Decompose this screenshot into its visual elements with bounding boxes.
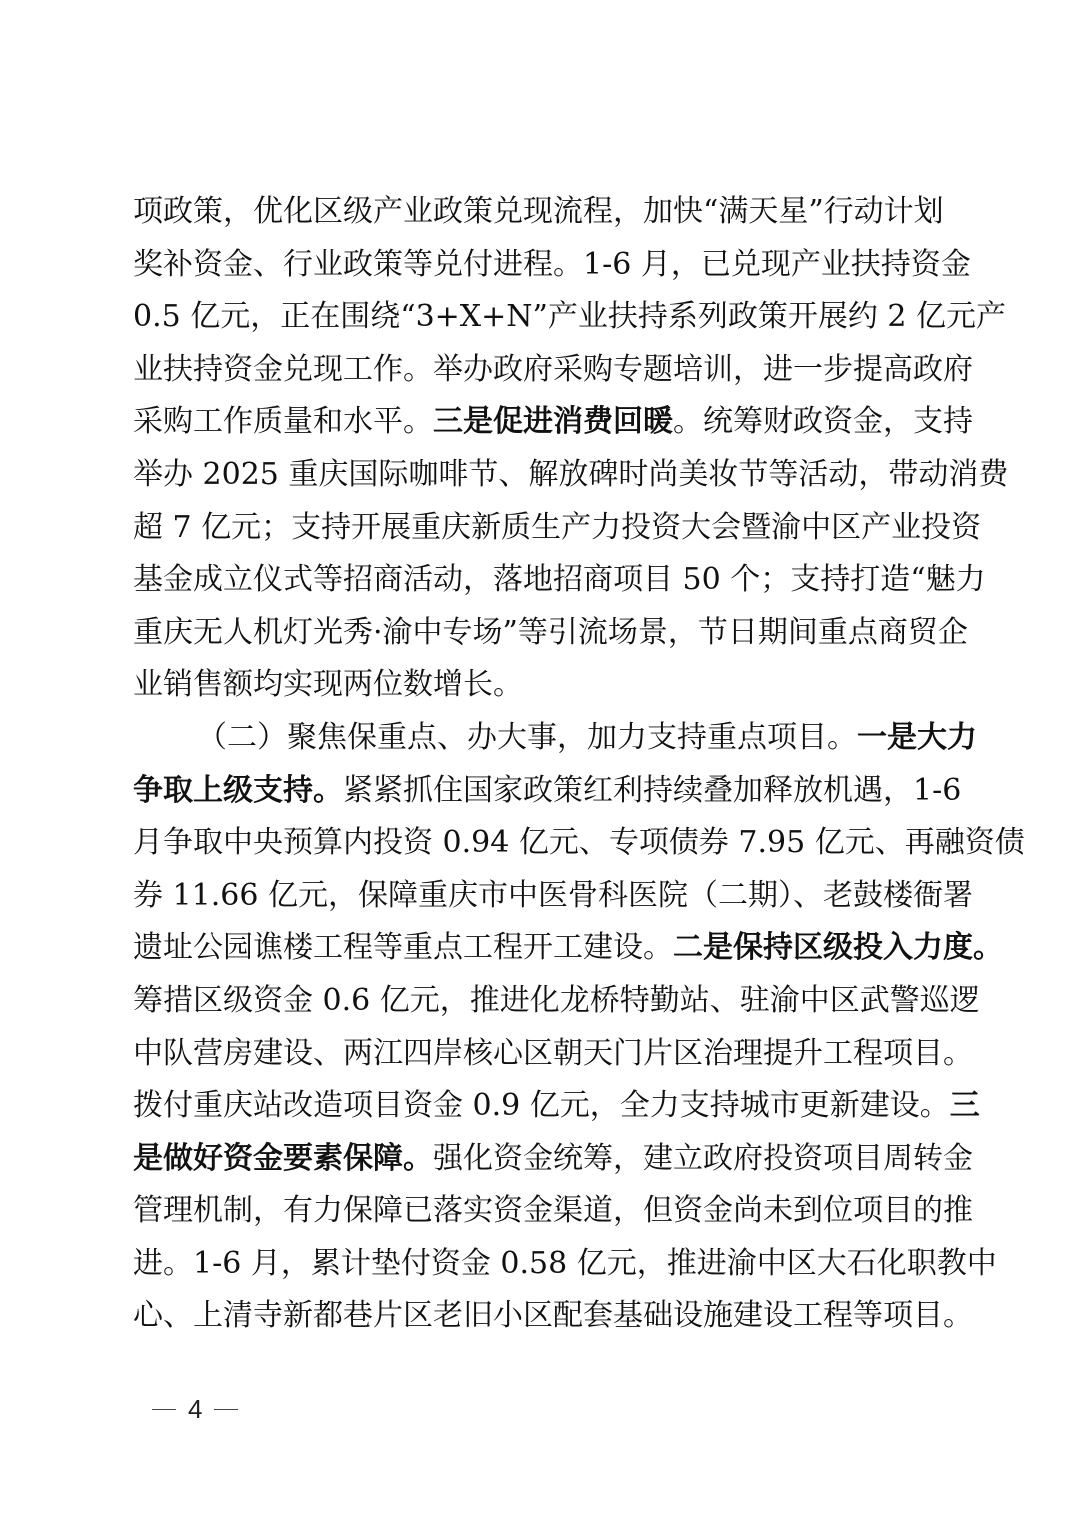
text-line: 券 11.66 亿元，保障重庆市中医骨科医院（二期）、老鼓楼衙署 [133, 870, 943, 923]
body-text-segment: 月争取中央预算内投资 0.94 亿元、专项债券 7.95 亿元、再融资债 [133, 825, 1025, 860]
text-line: 月争取中央预算内投资 0.94 亿元、专项债券 7.95 亿元、再融资债 [133, 817, 943, 870]
body-text-segment: 采购工作质量和水平。 [133, 404, 433, 439]
body-text-segment: 重庆无人机灯光秀·渝中专场”等引流场景，节日期间重点商贸企 [133, 615, 968, 650]
document-body: 项政策，优化区级产业政策兑现流程，加快“满天星”行动计划奖补资金、行业政策等兑付… [133, 186, 943, 1343]
body-text-segment: 奖补资金、行业政策等兑付进程。1-6 月，已兑现产业扶持资金 [133, 247, 971, 282]
body-text-segment: 业扶持资金兑现工作。举办政府采购专题培训，进一步提高政府 [133, 352, 973, 387]
text-line: 遗址公园谯楼工程等重点工程开工建设。二是保持区级投入力度。 [133, 922, 943, 975]
body-text-segment: 券 11.66 亿元，保障重庆市中医骨科医院（二期）、老鼓楼衙署 [133, 878, 973, 913]
text-line: 基金成立仪式等招商活动，落地招商项目 50 个；支持打造“魅力 [133, 554, 943, 607]
text-line: 进。1-6 月，累计垫付资金 0.58 亿元，推进渝中区大石化职教中 [133, 1238, 943, 1291]
page-number: 4 [188, 1394, 202, 1425]
page-footer: 4 [152, 1394, 238, 1425]
footer-dash-left [152, 1409, 176, 1411]
text-line: 管理机制，有力保障已落实资金渠道，但资金尚未到位项目的推 [133, 1185, 943, 1238]
body-text-segment: 业销售额均实现两位数增长。 [133, 667, 523, 702]
text-line: 拨付重庆站改造项目资金 0.9 亿元，全力支持城市更新建设。三 [133, 1080, 943, 1133]
text-line: （二）聚焦保重点、办大事，加力支持重点项目。一是大力 [133, 712, 943, 765]
body-text-segment: 筹措区级资金 0.6 亿元，推进化龙桥特勤站、驻渝中区武警巡逻 [133, 983, 980, 1018]
body-text-segment: 举办 2025 重庆国际咖啡节、解放碑时尚美妆节等活动，带动消费 [133, 457, 1008, 492]
document-page: 项政策，优化区级产业政策兑现流程，加快“满天星”行动计划奖补资金、行业政策等兑付… [0, 0, 1074, 1520]
text-line: 业扶持资金兑现工作。举办政府采购专题培训，进一步提高政府 [133, 344, 943, 397]
body-text-segment: 基金成立仪式等招商活动，落地招商项目 50 个；支持打造“魅力 [133, 562, 986, 597]
body-text-segment: 项政策，优化区级产业政策兑现流程，加快“满天星”行动计划 [133, 194, 944, 229]
text-line: 心、上清寺新都巷片区老旧小区配套基础设施建设工程等项目。 [133, 1290, 943, 1343]
bold-emphasis-text: 是做好资金要素保障。 [133, 1141, 433, 1176]
body-text-segment: 管理机制，有力保障已落实资金渠道，但资金尚未到位项目的推 [133, 1193, 973, 1228]
text-line: 采购工作质量和水平。三是促进消费回暖。统筹财政资金，支持 [133, 396, 943, 449]
text-line: 是做好资金要素保障。强化资金统筹，建立政府投资项目周转金 [133, 1133, 943, 1186]
section-heading-text: （二）聚焦保重点、办大事，加力支持重点项目。 [197, 720, 857, 755]
body-text-segment: 0.5 亿元，正在围绕“3+X+N”产业扶持系列政策开展约 2 亿元产 [133, 299, 1006, 334]
bold-emphasis-text: 三是促进消费回暖 [433, 404, 673, 439]
body-text-segment: 强化资金统筹，建立政府投资项目周转金 [433, 1141, 973, 1176]
bold-emphasis-text: 二是保持区级投入力度。 [673, 930, 1003, 965]
text-line: 项政策，优化区级产业政策兑现流程，加快“满天星”行动计划 [133, 186, 943, 239]
body-text-segment: 进。1-6 月，累计垫付资金 0.58 亿元，推进渝中区大石化职教中 [133, 1246, 997, 1281]
bold-emphasis-text: 三 [950, 1088, 980, 1123]
body-text-segment: 超 7 亿元；支持开展重庆新质生产力投资大会暨渝中区产业投资 [133, 510, 981, 545]
text-line: 举办 2025 重庆国际咖啡节、解放碑时尚美妆节等活动，带动消费 [133, 449, 943, 502]
bold-emphasis-text: 争取上级支持。 [133, 773, 343, 808]
body-text-segment: 。统筹财政资金，支持 [673, 404, 973, 439]
text-line: 中队营房建设、两江四岸核心区朝天门片区治理提升工程项目。 [133, 1028, 943, 1081]
bold-emphasis-text: 一是大力 [857, 720, 977, 755]
text-line: 筹措区级资金 0.6 亿元，推进化龙桥特勤站、驻渝中区武警巡逻 [133, 975, 943, 1028]
text-line: 重庆无人机灯光秀·渝中专场”等引流场景，节日期间重点商贸企 [133, 607, 943, 660]
body-text-segment: 中队营房建设、两江四岸核心区朝天门片区治理提升工程项目。 [133, 1036, 973, 1071]
text-line: 争取上级支持。紧紧抓住国家政策红利持续叠加释放机遇，1-6 [133, 765, 943, 818]
body-text-segment: 遗址公园谯楼工程等重点工程开工建设。 [133, 930, 673, 965]
text-line: 奖补资金、行业政策等兑付进程。1-6 月，已兑现产业扶持资金 [133, 239, 943, 292]
body-text-segment: 拨付重庆站改造项目资金 0.9 亿元，全力支持城市更新建设。 [133, 1088, 950, 1123]
text-line: 业销售额均实现两位数增长。 [133, 659, 943, 712]
footer-dash-right [214, 1409, 238, 1411]
text-line: 超 7 亿元；支持开展重庆新质生产力投资大会暨渝中区产业投资 [133, 502, 943, 555]
text-line: 0.5 亿元，正在围绕“3+X+N”产业扶持系列政策开展约 2 亿元产 [133, 291, 943, 344]
body-text-segment: 紧紧抓住国家政策红利持续叠加释放机遇，1-6 [343, 773, 961, 808]
body-text-segment: 心、上清寺新都巷片区老旧小区配套基础设施建设工程等项目。 [133, 1298, 973, 1333]
